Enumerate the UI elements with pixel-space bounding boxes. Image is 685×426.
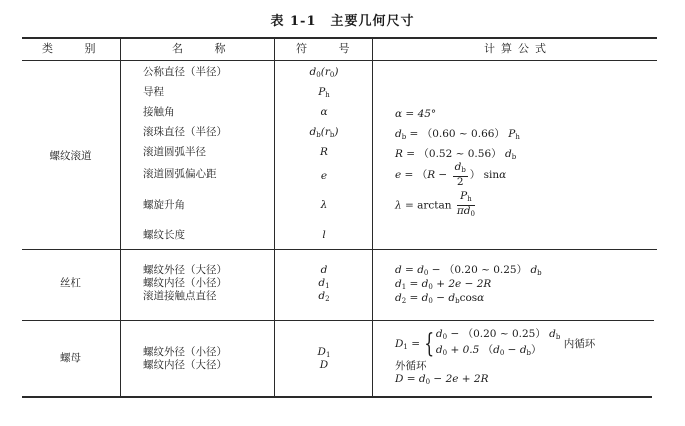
row-formula: d2 = d0 − dbcosα (395, 292, 484, 308)
row-name: 螺纹外径（小径） (143, 346, 227, 359)
row-symbol: d (274, 264, 374, 277)
rule-group1 (22, 249, 657, 250)
category-raceway: 螺纹滚道 (22, 150, 119, 163)
row-formula: α = 45° (395, 108, 436, 121)
row-name: 滚道圆弧半径 (143, 146, 206, 159)
row-symbol: α (274, 106, 374, 119)
row-name: 滚珠直径（半径） (143, 126, 227, 139)
row-symbol: λ (274, 199, 374, 212)
row-name: 螺纹内径（小径） (143, 277, 227, 290)
row-formula: λ = arctan Phπd0 (395, 191, 477, 220)
table-caption: 主要几何尺寸 (331, 14, 415, 29)
category-screw: 丝杠 (22, 277, 119, 290)
table-title: 表 1-1主要几何尺寸 (0, 10, 685, 29)
row-name: 滚道圆弧偏心距 (143, 168, 217, 181)
row-formula-d1: D1 = {d0 − （0.20 ~ 0.25） dbd0 + 0.5 （d0 … (395, 328, 595, 360)
row-name: 公称直径（半径） (143, 66, 227, 79)
row-name: 螺纹内径（大径） (143, 359, 227, 372)
header-category: 类 别 (42, 42, 110, 55)
rule-bottom (22, 396, 652, 398)
header-symbol: 符 号 (296, 42, 364, 55)
row-symbol: d0(r0) (274, 66, 374, 82)
row-name: 螺旋升角 (143, 199, 185, 212)
row-name: 导程 (143, 86, 164, 99)
row-formula: e = （R − db2） sinα (395, 162, 506, 188)
row-symbol: e (274, 170, 374, 183)
row-name: 滚道接触点直径 (143, 290, 217, 303)
row-formula: db = （0.60 ~ 0.66） Ph (395, 128, 520, 144)
rule-group2 (22, 320, 654, 321)
row-symbol: d2 (274, 290, 374, 306)
row-name: 螺纹长度 (143, 229, 185, 242)
rule-top (22, 37, 657, 39)
row-symbol: Ph (274, 86, 374, 102)
row-symbol: R (274, 146, 374, 159)
row-name: 接触角 (143, 106, 175, 119)
header-name: 名 称 (172, 42, 240, 55)
row-formula-d: D = d0 − 2e + 2R (395, 373, 489, 389)
col-divider-1 (120, 38, 121, 396)
row-symbol: l (274, 229, 374, 242)
inner-circulation-label: 内循环 (564, 338, 596, 350)
category-nut: 螺母 (22, 352, 119, 365)
header-formula: 计算公式 (484, 42, 552, 55)
row-symbol: db(rb) (274, 126, 374, 142)
rule-header (22, 60, 657, 61)
row-name: 螺纹外径（大径） (143, 264, 227, 277)
table-number: 表 1-1 (270, 14, 316, 29)
outer-circulation-label: 外循环 (395, 360, 427, 373)
row-symbol: D (274, 359, 374, 372)
